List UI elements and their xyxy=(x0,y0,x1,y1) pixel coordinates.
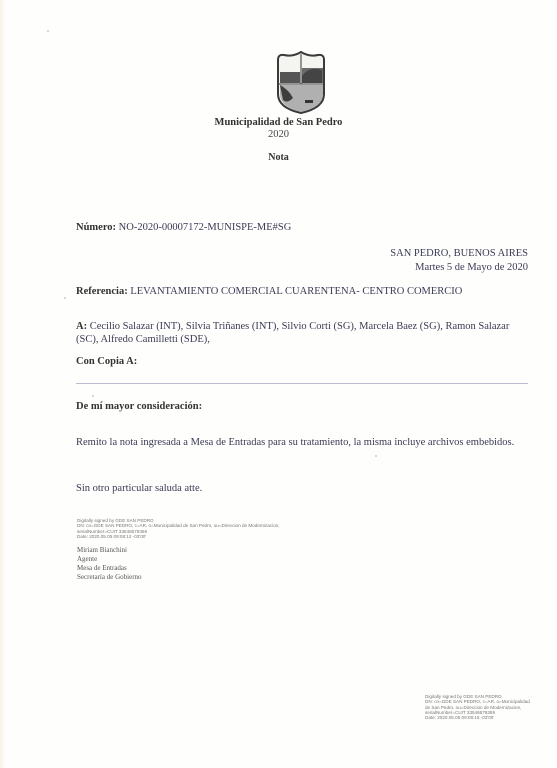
signer-name: Miriam Bianchini xyxy=(77,546,142,555)
scan-speck xyxy=(375,455,377,457)
reference-value: LEVANTAMIENTO COMERCIAL CUARENTENA- CENT… xyxy=(130,286,462,297)
body-text: Remito la nota ingresada a Mesa de Entra… xyxy=(76,436,516,449)
signer-department: Secretaría de Gobierno xyxy=(77,573,142,582)
reference-label: Referencia: xyxy=(76,286,128,297)
cc-label: Con Copia A: xyxy=(76,356,137,367)
document-type: Nota xyxy=(0,152,557,163)
closing-text: Sin otro particular saluda atte. xyxy=(76,483,202,494)
to-value: Cecilio Salazar (INT), Silvia Triñanes (… xyxy=(76,321,509,345)
sig2-line: Date: 2020.05.05 09:08:15 -03'00' xyxy=(425,715,555,720)
place: SAN PEDRO, BUENOS AIRES xyxy=(390,247,528,261)
number-value: NO-2020-00007172-MUNISPE-ME#SG xyxy=(119,222,292,233)
reference: Referencia: LEVANTAMIENTO COMERCIAL CUAR… xyxy=(76,286,462,297)
greeting: De mí mayor consideración: xyxy=(76,401,202,412)
divider xyxy=(76,383,528,384)
scan-edge xyxy=(0,0,6,768)
document-page: Municipalidad de San Pedro 2020 Nota Núm… xyxy=(0,0,557,768)
signer-role: Agente xyxy=(77,555,142,564)
carbon-copy: Con Copia A: xyxy=(76,356,137,367)
document-year: 2020 xyxy=(0,129,557,140)
place-date-block: SAN PEDRO, BUENOS AIRES Martes 5 de Mayo… xyxy=(390,247,528,275)
municipal-coat-of-arms-icon xyxy=(275,50,327,114)
sig1-line: Date: 2020.05.05 09:08:12 -03'00' xyxy=(77,534,317,539)
signer-office: Mesa de Entradas xyxy=(77,564,142,573)
document-number: Número: NO-2020-00007172-MUNISPE-ME#SG xyxy=(76,222,291,233)
date: Martes 5 de Mayo de 2020 xyxy=(390,261,528,275)
scan-speck xyxy=(47,30,49,32)
scan-speck xyxy=(92,395,94,397)
number-label: Número: xyxy=(76,222,116,233)
digital-signature-2: Digitally signed by GDE SAN PEDRO DN: cn… xyxy=(425,694,555,720)
signer-block: Miriam Bianchini Agente Mesa de Entradas… xyxy=(77,546,142,582)
scan-speck xyxy=(64,297,66,299)
digital-signature-1: Digitally signed by GDE SAN PEDRO DN: cn… xyxy=(77,518,317,539)
institution-name: Municipalidad de San Pedro xyxy=(0,117,557,128)
recipients: A: Cecilio Salazar (INT), Silvia Triñane… xyxy=(76,320,526,346)
to-label: A: xyxy=(76,321,87,332)
